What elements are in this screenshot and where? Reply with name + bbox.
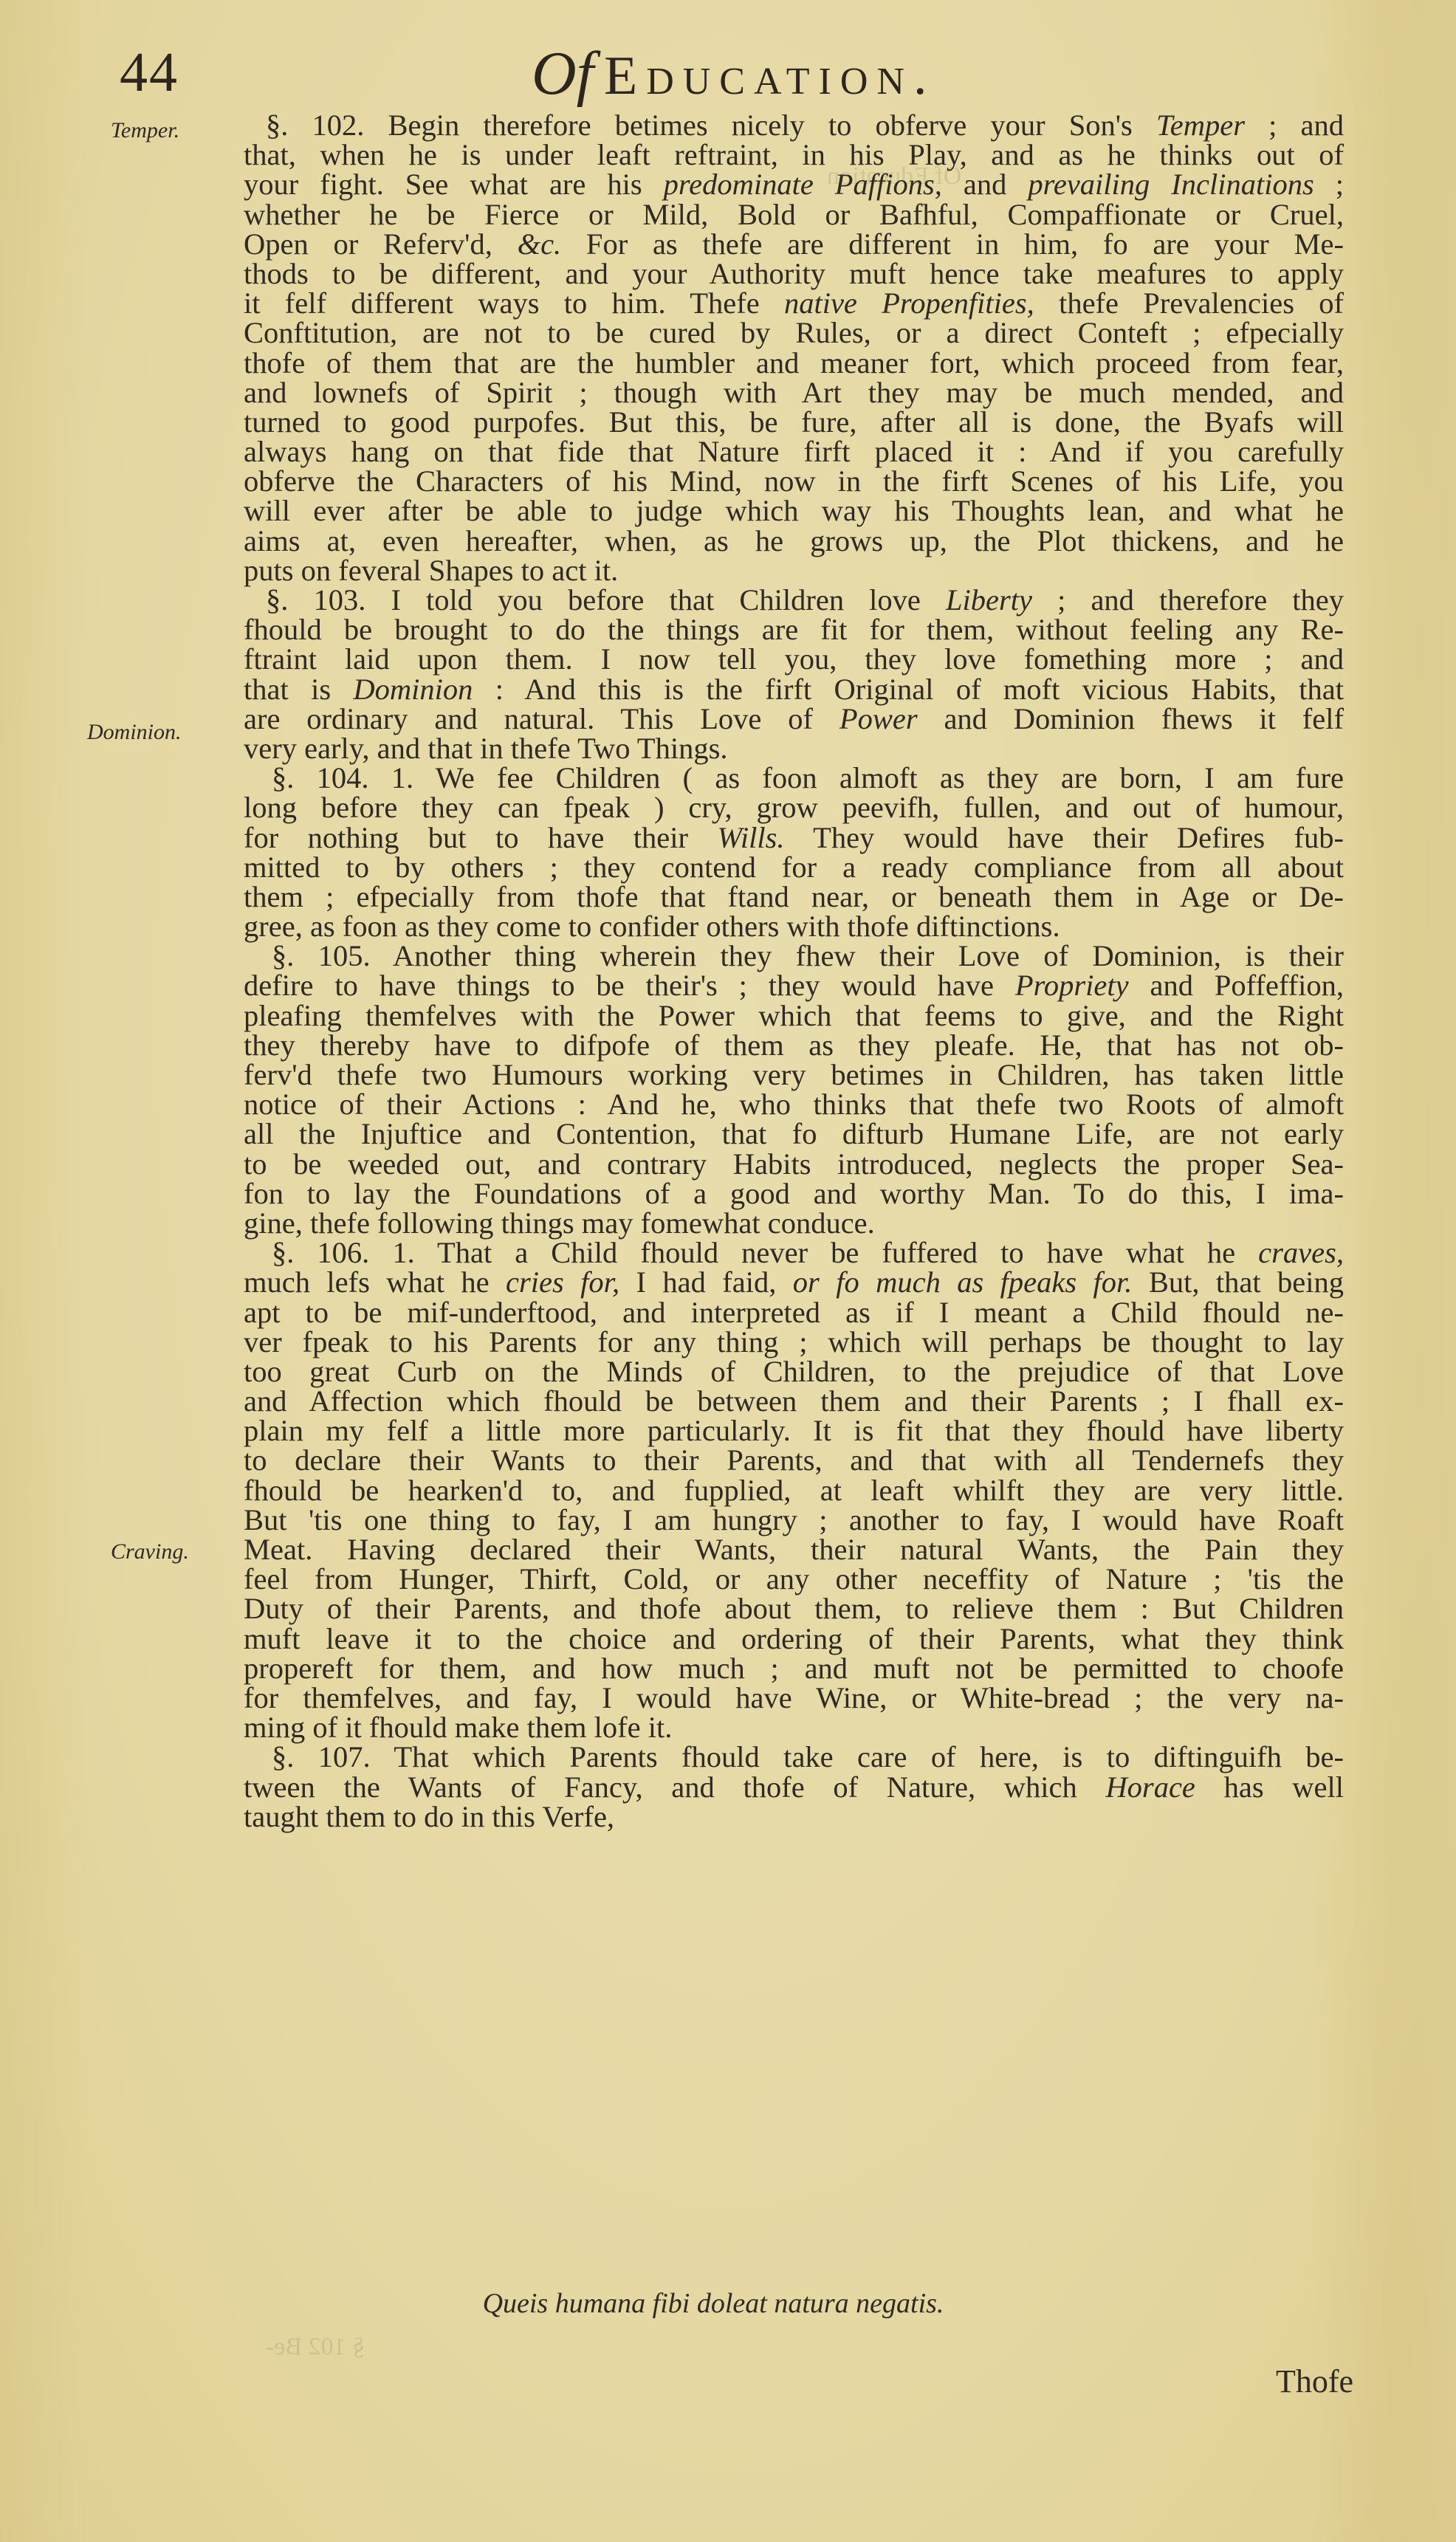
text-line: turned to good purpofes. But this, be fu… — [244, 408, 1344, 437]
margin-note-temper: Temper. — [111, 118, 179, 143]
page-edge-shading — [1390, 0, 1456, 2542]
text-line: fhould be hearken'd to, and fupplied, at… — [244, 1476, 1344, 1505]
text-line: gine, thefe following things may fomewha… — [244, 1209, 1344, 1238]
text-line: to be weeded out, and contrary Habits in… — [244, 1150, 1344, 1179]
text-line: Meat. Having declared their Wants, their… — [244, 1535, 1344, 1564]
text-line: all the Injuftice and Contention, that f… — [244, 1119, 1344, 1149]
text-line: mitted to by others ; they contend for a… — [244, 853, 1344, 882]
text-line: defire to have things to be their's ; th… — [244, 971, 1344, 1000]
text-line: and Affection which fhould be between th… — [244, 1387, 1344, 1416]
text-line: whether he be Fierce or Mild, Bold or Ba… — [244, 200, 1344, 230]
text-line: Open or Referv'd, &c. For as thefe are d… — [244, 230, 1344, 259]
text-line: thods to be different, and your Authorit… — [244, 259, 1344, 289]
book-page: 44 OfEducation. Temper. Dominion. Cravin… — [0, 0, 1456, 2542]
text-line: ferv'd thefe two Humours working very be… — [244, 1060, 1344, 1090]
text-line: to declare their Wants to their Parents,… — [244, 1446, 1344, 1475]
running-title-of: Of — [532, 39, 594, 108]
text-line: fhould be brought to do the things are f… — [244, 615, 1344, 645]
text-line: §. 104. 1. We fee Children ( as foon alm… — [244, 763, 1344, 793]
text-line: gree, as foon as they come to confider o… — [244, 912, 1344, 941]
margin-note-dominion: Dominion. — [87, 720, 182, 745]
text-line: that is Dominion : And this is the firft… — [244, 675, 1344, 704]
running-title: OfEducation. — [532, 43, 935, 105]
text-line: are ordinary and natural. This Love of P… — [244, 704, 1344, 734]
text-line: §. 102. Begin therefore betimes nicely t… — [244, 111, 1344, 140]
text-line: plain my felf a little more particularly… — [244, 1416, 1344, 1446]
latin-quotation: Queis humana fibi doleat natura negatis. — [0, 2287, 1456, 2320]
body-text: §. 102. Begin therefore betimes nicely t… — [244, 111, 1344, 1832]
show-through-text: § 102 Be- — [266, 2333, 365, 2361]
text-line: for nothing but to have their Wills. The… — [244, 823, 1344, 853]
text-line: pleafing themfelves with the Power which… — [244, 1001, 1344, 1031]
text-line: ming of it fhould make them lofe it. — [244, 1713, 1344, 1742]
text-line: that, when he is under leaft reftraint, … — [244, 140, 1344, 170]
text-line: long before they can fpeak ) cry, grow p… — [244, 793, 1344, 822]
text-line: much lefs what he cries for, I had faid,… — [244, 1268, 1344, 1297]
text-line: your fight. See what are his predominate… — [244, 170, 1344, 199]
text-line: §. 107. That which Parents fhould take c… — [244, 1742, 1344, 1772]
text-line: fon to lay the Foundations of a good and… — [244, 1179, 1344, 1209]
text-line: and lownefs of Spirit ; though with Art … — [244, 378, 1344, 408]
text-line: Duty of their Parents, and thofe about t… — [244, 1594, 1344, 1624]
latin-quotation-text: Queis humana fibi doleat natura negatis. — [483, 2288, 944, 2319]
margin-note-craving: Craving. — [111, 1539, 189, 1564]
text-line: §. 106. 1. That a Child fhould never be … — [244, 1238, 1344, 1268]
running-title-main: Education. — [604, 46, 935, 106]
text-line: always hang on that fide that Nature fir… — [244, 437, 1344, 467]
text-line: tween the Wants of Fancy, and thofe of N… — [244, 1773, 1344, 1802]
page-header: 44 OfEducation. — [0, 37, 1456, 118]
text-line: muft leave it to the choice and ordering… — [244, 1624, 1344, 1654]
text-line: taught them to do in this Verfe, — [244, 1802, 1344, 1832]
text-line: §. 105. Another thing wherein they fhew … — [244, 941, 1344, 971]
text-line: them ; efpecially from thofe that ftand … — [244, 882, 1344, 912]
text-line: Conftitution, are not to be cured by Rul… — [244, 318, 1344, 348]
text-line: too great Curb on the Minds of Children,… — [244, 1357, 1344, 1387]
text-line: they thereby have to difpofe of them as … — [244, 1031, 1344, 1060]
text-line: propereft for them, and how much ; and m… — [244, 1654, 1344, 1683]
text-line: thofe of them that are the humbler and m… — [244, 348, 1344, 378]
text-line: ftraint laid upon them. I now tell you, … — [244, 645, 1344, 674]
catchword: Thofe — [1276, 2363, 1353, 2400]
text-line: very early, and that in thefe Two Things… — [244, 734, 1344, 763]
text-line: will ever after be able to judge which w… — [244, 496, 1344, 526]
text-line: obferve the Characters of his Mind, now … — [244, 467, 1344, 496]
text-line: §. 103. I told you before that Children … — [244, 585, 1344, 615]
text-line: ver fpeak to his Parents for any thing ;… — [244, 1327, 1344, 1357]
text-line: puts on feveral Shapes to act it. — [244, 556, 1344, 585]
text-line: feel from Hunger, Thirft, Cold, or any o… — [244, 1564, 1344, 1594]
text-line: But 'tis one thing to fay, I am hungry ;… — [244, 1505, 1344, 1535]
text-line: it felf different ways to him. Thefe nat… — [244, 289, 1344, 318]
text-line: aims at, even hereafter, when, as he gro… — [244, 526, 1344, 556]
text-line: apt to be mif-underftood, and interprete… — [244, 1298, 1344, 1327]
text-line: notice of their Actions : And he, who th… — [244, 1090, 1344, 1119]
page-number: 44 — [120, 44, 179, 100]
text-line: for themfelves, and fay, I would have Wi… — [244, 1683, 1344, 1713]
